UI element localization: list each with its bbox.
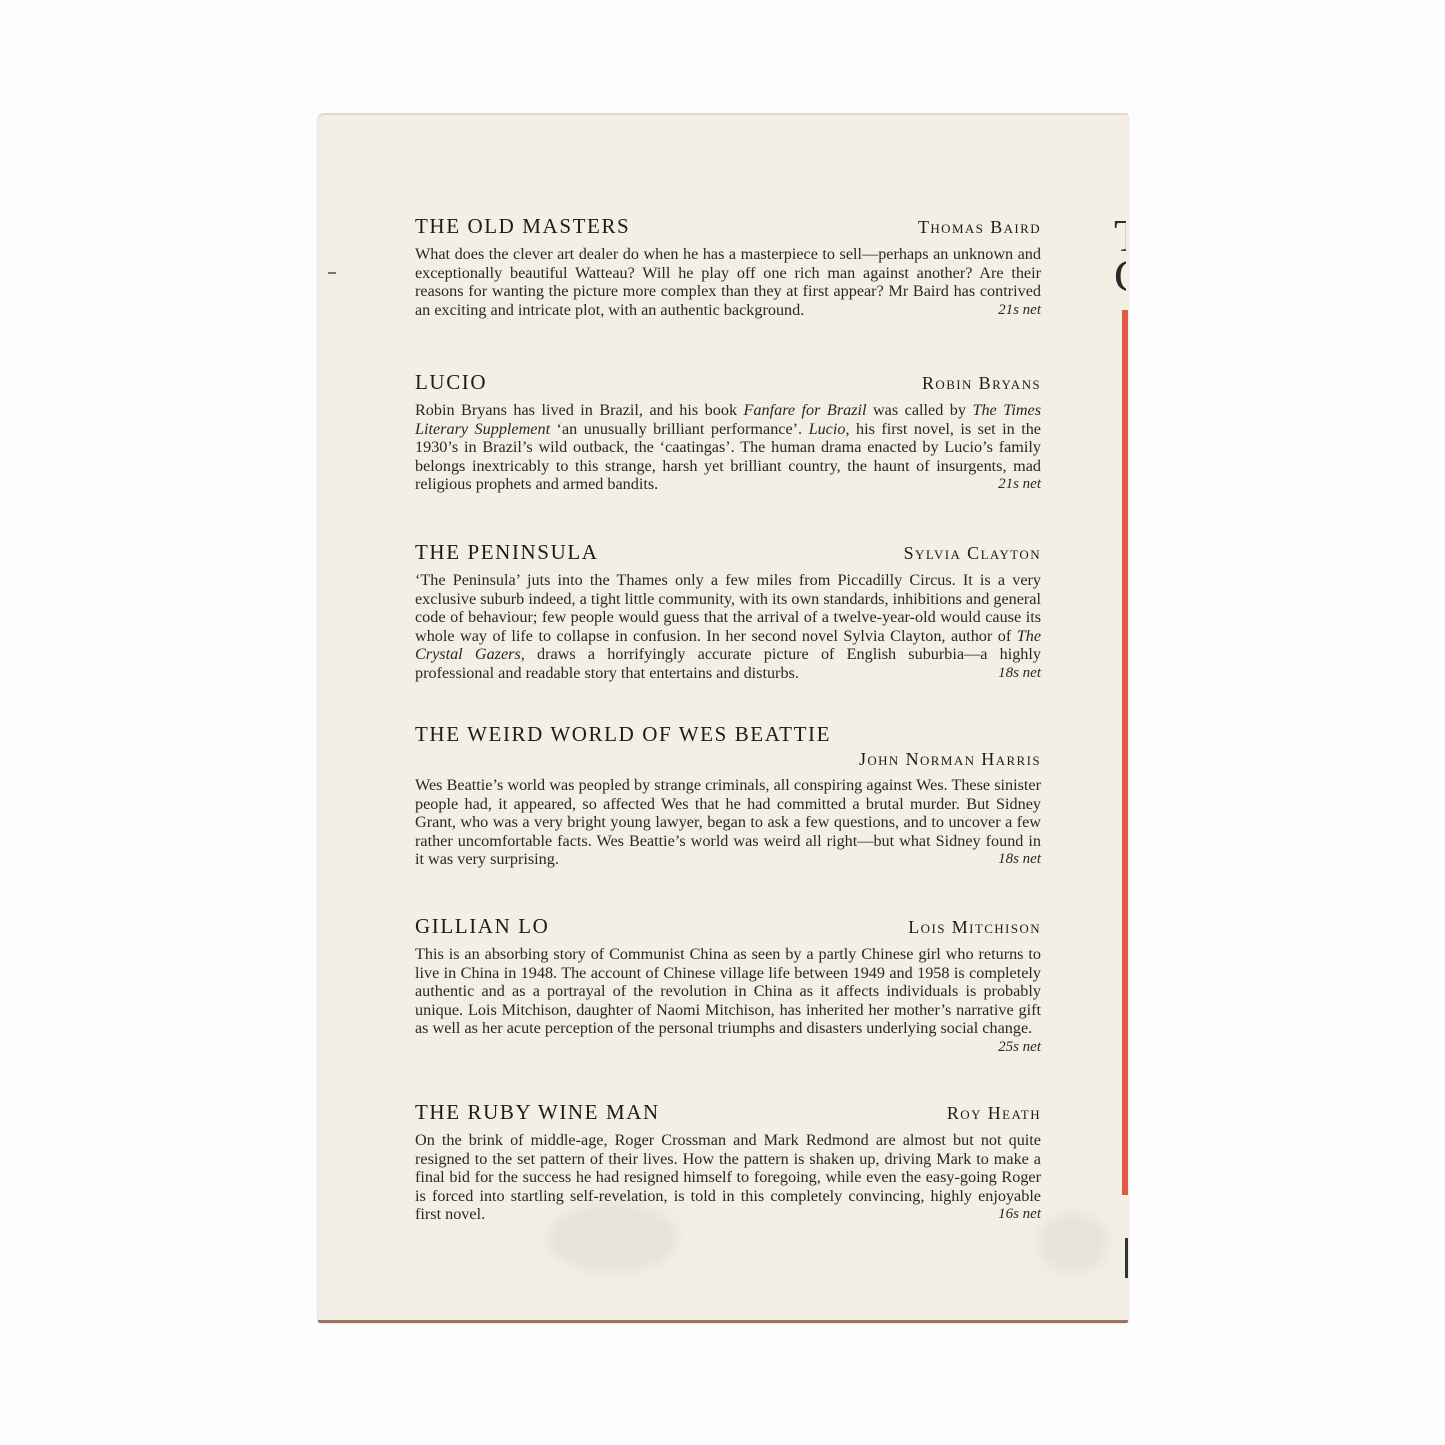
price-amount: 25s — [998, 1039, 1019, 1055]
entry-header: GILLIAN LOLois Mitchison — [415, 914, 1041, 939]
book-entry: THE OLD MASTERSThomas BairdWhat does the… — [415, 214, 1041, 319]
price-amount: 18s — [998, 851, 1019, 867]
price-unit: net — [1023, 665, 1041, 681]
price-amount: 21s — [998, 302, 1019, 318]
book-entry: THE RUBY WINE MANRoy HeathOn the brink o… — [415, 1100, 1041, 1224]
book-description: ‘The Peninsula’ juts into the Thames onl… — [415, 571, 1041, 683]
book-description: What does the clever art dealer do when … — [415, 245, 1041, 319]
description-text: On the brink of middle-age, Roger Crossm… — [415, 1131, 1041, 1223]
italic-reference: Lucio — [809, 420, 846, 438]
scratch-mark — [328, 272, 336, 274]
price-unit: net — [1023, 476, 1041, 492]
book-title: THE OLD MASTERS — [415, 214, 630, 239]
book-title: GILLIAN LO — [415, 914, 549, 939]
description-text: ‘The Peninsula’ juts into the Thames onl… — [415, 571, 1041, 645]
price-amount: 16s — [998, 1206, 1019, 1222]
price-amount: 21s — [998, 476, 1019, 492]
description-text: Wes Beattie’s world was peopled by stran… — [415, 776, 1041, 868]
description-text: What does the clever art dealer do when … — [415, 245, 1041, 319]
price-unit: net — [1023, 1039, 1041, 1055]
price-unit: net — [1023, 1206, 1041, 1222]
entry-header: THE OLD MASTERSThomas Baird — [415, 214, 1041, 239]
book-description: Wes Beattie’s world was peopled by stran… — [415, 776, 1041, 869]
book-title: THE RUBY WINE MAN — [415, 1100, 660, 1125]
book-description: This is an absorbing story of Communist … — [415, 945, 1041, 1038]
description-text: Robin Bryans has lived in Brazil, and hi… — [415, 401, 744, 419]
book-entry: LUCIORobin BryansRobin Bryans has lived … — [415, 370, 1041, 494]
book-author: John Norman Harris — [415, 749, 1041, 770]
book-title: THE PENINSULA — [415, 540, 599, 565]
italic-reference: Fanfare for Brazil — [744, 401, 867, 419]
description-text: This is an absorbing story of Communist … — [415, 945, 1041, 1037]
book-author: Sylvia Clayton — [904, 543, 1041, 564]
book-description: Robin Bryans has lived in Brazil, and hi… — [415, 401, 1041, 494]
price-unit: net — [1023, 302, 1041, 318]
book-price: 21s net — [998, 475, 1041, 494]
spine-red-strip — [1122, 310, 1128, 1195]
description-text: ‘an unusually brilliant performance’. — [550, 420, 809, 438]
book-author: Thomas Baird — [918, 217, 1041, 238]
book-entry: THE PENINSULASylvia Clayton‘The Peninsul… — [415, 540, 1041, 683]
price-amount: 18s — [998, 665, 1019, 681]
book-author: Roy Heath — [947, 1103, 1041, 1124]
entry-header: THE PENINSULASylvia Clayton — [415, 540, 1041, 565]
book-title: LUCIO — [415, 370, 487, 395]
spine-letter: C — [1114, 253, 1126, 299]
description-text: was called by — [867, 401, 973, 419]
book-author: Robin Bryans — [922, 373, 1041, 394]
paper-stain — [1038, 1213, 1108, 1273]
book-description: On the brink of middle-age, Roger Crossm… — [415, 1131, 1041, 1224]
entry-header: THE WEIRD WORLD OF WES BEATTIEJohn Norma… — [415, 722, 1041, 770]
book-price: 18s net — [998, 850, 1041, 869]
entry-header: LUCIORobin Bryans — [415, 370, 1041, 395]
spine-mark — [1125, 1238, 1128, 1278]
book-price: 16s net — [998, 1205, 1041, 1224]
book-price: 18s net — [998, 664, 1041, 683]
book-entry: GILLIAN LOLois MitchisonThis is an absor… — [415, 914, 1041, 1057]
entry-header: THE RUBY WINE MANRoy Heath — [415, 1100, 1041, 1125]
book-author: Lois Mitchison — [908, 917, 1041, 938]
price-unit: net — [1023, 851, 1041, 867]
book-price: 21s net — [998, 301, 1041, 320]
book-price: 25s net — [998, 1038, 1041, 1057]
book-title: THE WEIRD WORLD OF WES BEATTIE — [415, 722, 831, 747]
book-entry: THE WEIRD WORLD OF WES BEATTIEJohn Norma… — [415, 722, 1041, 869]
